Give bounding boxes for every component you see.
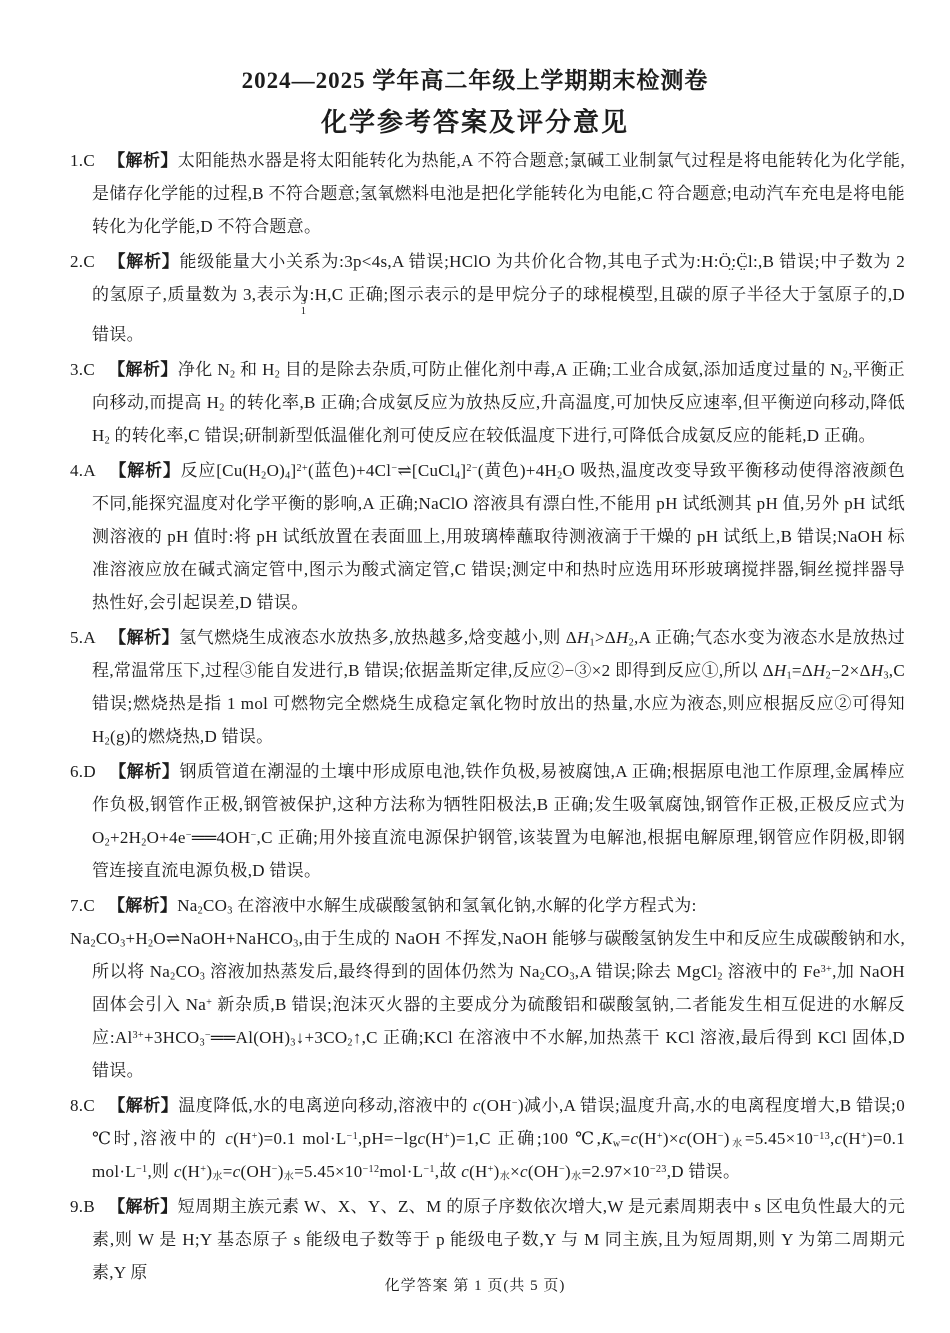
- answer-item-5: 5.A【解析】氢气燃烧生成液态水放热多,放热越多,焓变越小,则 ΔH1>ΔH2,…: [92, 621, 905, 753]
- analysis-label: 【解析】: [108, 360, 178, 379]
- answer-paragraph: 3.C【解析】净化 N2 和 H2 目的是除去杂质,可防止催化剂中毒,A 正确;…: [92, 353, 905, 452]
- answers-list: 1.C【解析】太阳能热水器是将太阳能转化为热能,A 不符合题意;氯碱工业制氯气过…: [92, 144, 905, 1289]
- analysis-label: 【解析】: [108, 896, 177, 915]
- equation-line: Na2CO3+H2O⇌NaOH+NaHCO3,由于生成的 NaOH 不挥发,Na…: [92, 922, 905, 1087]
- answer-paragraph: 2.C【解析】能级能量大小关系为:3p<4s,A 错误;HClO 为共价化合物,…: [92, 245, 905, 351]
- answer-number: 7.C: [70, 896, 95, 915]
- answer-number: 1.C: [70, 151, 95, 170]
- page-title: 2024—2025 学年高二年级上学期期末检测卷: [0, 0, 950, 96]
- page-subtitle: 化学参考答案及评分意见: [0, 105, 950, 139]
- answer-number: 4.A: [70, 461, 96, 480]
- answer-sheet-page: 2024—2025 学年高二年级上学期期末检测卷 化学参考答案及评分意见 1.C…: [0, 0, 950, 1333]
- analysis-label: 【解析】: [108, 1096, 178, 1115]
- answer-item-8: 8.C【解析】温度降低,水的电离逆向移动,溶液中的 c(OH−)减小,A 错误;…: [92, 1089, 905, 1188]
- answer-paragraph: 5.A【解析】氢气燃烧生成液态水放热多,放热越多,焓变越小,则 ΔH1>ΔH2,…: [92, 621, 905, 753]
- analysis-text: 太阳能热水器是将太阳能转化为热能,A 不符合题意;氯碱工业制氯气过程是将电能转化…: [92, 151, 905, 236]
- answer-item-6: 6.D【解析】钢质管道在潮湿的土壤中形成原电池,铁作负极,易被腐蚀,A 正确;根…: [92, 755, 905, 887]
- answer-paragraph: 4.A【解析】反应[Cu(H2O)4]2+(蓝色)+4Cl−⇌[CuCl4]2−…: [92, 454, 905, 619]
- answer-item-4: 4.A【解析】反应[Cu(H2O)4]2+(蓝色)+4Cl−⇌[CuCl4]2−…: [92, 454, 905, 619]
- answer-number: 9.B: [70, 1197, 95, 1216]
- answer-number: 6.D: [70, 762, 96, 781]
- answer-item-1: 1.C【解析】太阳能热水器是将太阳能转化为热能,A 不符合题意;氯碱工业制氯气过…: [92, 144, 905, 243]
- analysis-text: 净化 N2 和 H2 目的是除去杂质,可防止催化剂中毒,A 正确;工业合成氨,添…: [92, 360, 905, 445]
- analysis-text-continued: Na2CO3+H2O⇌NaOH+NaHCO3,由于生成的 NaOH 不挥发,Na…: [70, 929, 905, 1080]
- answer-number: 8.C: [70, 1096, 95, 1115]
- answer-paragraph: 8.C【解析】温度降低,水的电离逆向移动,溶液中的 c(OH−)减小,A 错误;…: [92, 1089, 905, 1188]
- analysis-text: 温度降低,水的电离逆向移动,溶液中的 c(OH−)减小,A 错误;温度升高,水的…: [92, 1096, 905, 1181]
- page-footer: 化学答案 第 1 页(共 5 页): [0, 1274, 950, 1295]
- answer-paragraph: 6.D【解析】钢质管道在潮湿的土壤中形成原电池,铁作负极,易被腐蚀,A 正确;根…: [92, 755, 905, 887]
- analysis-text: Na2CO3 在溶液中水解生成碳酸氢钠和氢氧化钠,水解的化学方程式为:: [177, 896, 696, 915]
- analysis-label: 【解析】: [108, 1197, 178, 1216]
- answer-paragraph: 7.C【解析】Na2CO3 在溶液中水解生成碳酸氢钠和氢氧化钠,水解的化学方程式…: [92, 889, 905, 922]
- answer-item-7: 7.C【解析】Na2CO3 在溶液中水解生成碳酸氢钠和氢氧化钠,水解的化学方程式…: [92, 889, 905, 1087]
- analysis-label: 【解析】: [108, 151, 178, 170]
- answer-number: 2.C: [70, 252, 95, 271]
- analysis-label: 【解析】: [108, 252, 179, 271]
- analysis-text: 短周期主族元素 W、X、Y、Z、M 的原子序数依次增大,W 是元素周期表中 s …: [92, 1197, 905, 1282]
- answer-number: 5.A: [70, 628, 96, 647]
- analysis-label: 【解析】: [109, 762, 180, 781]
- analysis-text: 反应[Cu(H2O)4]2+(蓝色)+4Cl−⇌[CuCl4]2−(黄色)+4H…: [92, 461, 905, 612]
- analysis-text: 能级能量大小关系为:3p<4s,A 错误;HClO 为共价化合物,其电子式为:H…: [92, 252, 905, 344]
- answer-number: 3.C: [70, 360, 95, 379]
- analysis-label: 【解析】: [109, 461, 181, 480]
- analysis-text: 钢质管道在潮湿的土壤中形成原电池,铁作负极,易被腐蚀,A 正确;根据原电池工作原…: [92, 762, 905, 880]
- answer-item-3: 3.C【解析】净化 N2 和 H2 目的是除去杂质,可防止催化剂中毒,A 正确;…: [92, 353, 905, 452]
- answer-paragraph: 1.C【解析】太阳能热水器是将太阳能转化为热能,A 不符合题意;氯碱工业制氯气过…: [92, 144, 905, 243]
- answer-item-2: 2.C【解析】能级能量大小关系为:3p<4s,A 错误;HClO 为共价化合物,…: [92, 245, 905, 351]
- analysis-text: 氢气燃烧生成液态水放热多,放热越多,焓变越小,则 ΔH1>ΔH2,A 正确;气态…: [92, 628, 905, 746]
- analysis-label: 【解析】: [109, 628, 179, 647]
